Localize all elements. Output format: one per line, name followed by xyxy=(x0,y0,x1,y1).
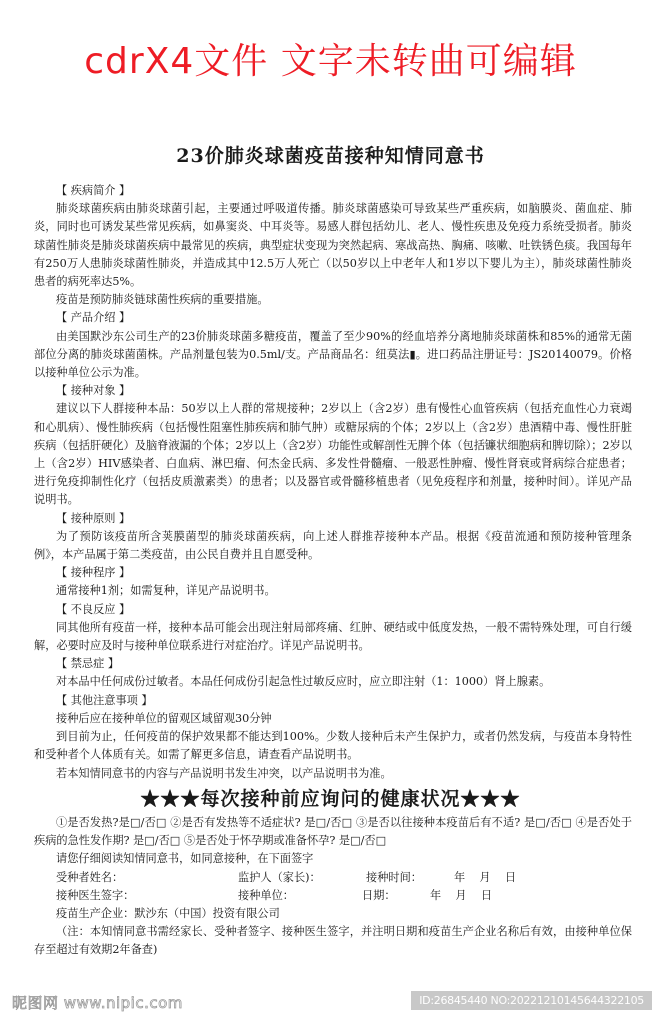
health-check-form: ①是否发热?是□/否□ ②是否有发热等不适症状? 是□/否□ ③是否以往接种本疫… xyxy=(34,814,632,960)
guardian-field[interactable]: 监护人（家长)： xyxy=(238,869,366,887)
document-title: 23价肺炎球菌疫苗接种知情同意书 xyxy=(0,141,661,168)
signature-row-1: 受种者姓名： 监护人（家长)： 接种时间： 年 月 日 xyxy=(34,869,632,887)
paragraph: 肺炎球菌疾病由肺炎球菌引起，主要通过呼吸道传播。肺炎球菌感染可导致某些严重疾病，… xyxy=(34,200,632,291)
date-field[interactable]: 年 月 日 xyxy=(430,887,492,905)
section-heading-procedure: 【 接种程序 】 xyxy=(34,564,632,582)
section-heading-principle: 【 接种原则 】 xyxy=(34,510,632,528)
recipient-name-field[interactable]: 受种者姓名： xyxy=(56,869,238,887)
paragraph: 对本品中任何成份过敏者。本品任何成份引起急性过敏反应时，应立即注射（1：1000… xyxy=(34,673,632,691)
section-heading-adverse: 【 不良反应 】 xyxy=(34,601,632,619)
health-check-title: ★★★每次接种前应询问的健康状况★★★ xyxy=(0,784,661,811)
section-heading-product: 【 产品介绍 】 xyxy=(34,309,632,327)
signature-row-2: 接种医生签字： 接种单位： 日期： 年 月 日 xyxy=(34,887,632,905)
paragraph: 建议以下人群接种本品：50岁以上人群的常规接种；2岁以上（含2岁）患有慢性心血管… xyxy=(34,400,632,509)
paragraph: 到目前为止，任何疫苗的保护效果都不能达到100%。少数人接种后未产生保护力，或者… xyxy=(34,728,632,764)
paragraph: 为了预防该疫苗所含荚膜菌型的肺炎球菌疾病，向上述人群推荐接种本产品。根据《疫苗流… xyxy=(34,528,632,564)
paragraph: 同其他所有疫苗一样，接种本品可能会出现注射局部疼痛、红肿、硬结或中低度发热，一般… xyxy=(34,619,632,655)
editable-file-banner: cdrX4文件 文字未转曲可编辑 xyxy=(0,38,661,86)
vaccination-time-field[interactable]: 年 月 日 xyxy=(454,869,516,887)
vaccination-unit-field[interactable]: 接种单位： xyxy=(238,887,362,905)
section-heading-contraindication: 【 禁忌症 】 xyxy=(34,655,632,673)
watermark-footer: 昵图网 www.nipic.com ID:26845440 NO:2022121… xyxy=(0,988,661,1024)
paragraph: 接种后应在接种单位的留观区域留观30分钟 xyxy=(34,710,632,728)
vaccination-time-label: 接种时间： xyxy=(366,869,454,887)
image-id-badge: ID:26845440 NO:20221210145644322105 xyxy=(411,991,652,1010)
section-heading-target: 【 接种对象 】 xyxy=(34,382,632,400)
sign-instruction: 请您仔细阅读知情同意书，如同意接种，在下面签字 xyxy=(34,850,632,868)
section-heading-notes: 【 其他注意事项 】 xyxy=(34,692,632,710)
consent-note: （注：本知情同意书需经家长、受种者签字、接种医生签字，并注明日期和疫苗生产企业名… xyxy=(34,923,632,959)
consent-body: 【 疾病简介 】 肺炎球菌疾病由肺炎球菌引起，主要通过呼吸道传播。肺炎球菌感染可… xyxy=(34,182,632,783)
manufacturer: 疫苗生产企业：默沙东（中国）投资有限公司 xyxy=(34,905,632,923)
paragraph: 若本知情同意书的内容与产品说明书发生冲突，以产品说明书为准。 xyxy=(34,765,632,783)
paragraph: 疫苗是预防肺炎链球菌性疾病的重要措施。 xyxy=(34,291,632,309)
health-questions: ①是否发热?是□/否□ ②是否有发热等不适症状? 是□/否□ ③是否以往接种本疫… xyxy=(34,814,632,850)
doctor-signature-field[interactable]: 接种医生签字： xyxy=(56,887,238,905)
paragraph: 由美国默沙东公司生产的23价肺炎球菌多糖疫苗，覆盖了至少90%的经血培养分离地肺… xyxy=(34,328,632,383)
nipic-logo: 昵图网 www.nipic.com xyxy=(12,992,183,1013)
section-heading-disease: 【 疾病简介 】 xyxy=(34,182,632,200)
date-label: 日期： xyxy=(362,887,430,905)
paragraph: 通常接种1剂；如需复种，详见产品说明书。 xyxy=(34,582,632,600)
